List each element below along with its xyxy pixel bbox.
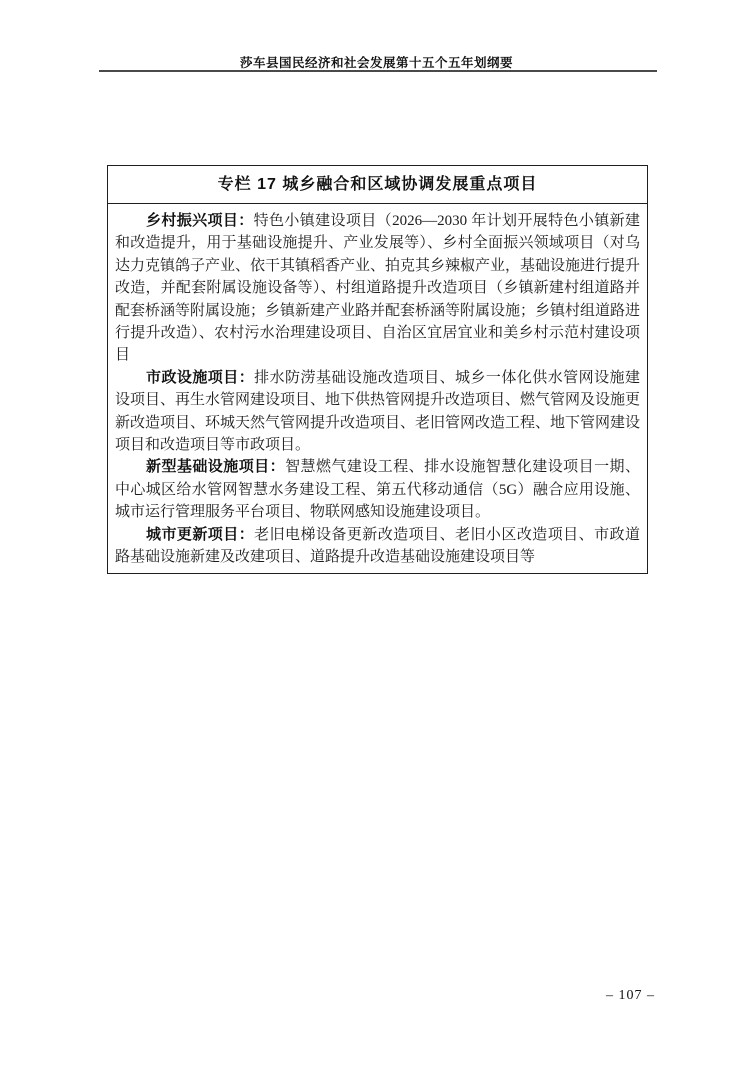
paragraph-label: 城市更新项目： (146, 526, 254, 543)
paragraph-urban-renewal: 城市更新项目：老旧电梯设备更新改造项目、老旧小区改造项目、市政道路基础设施新建及… (115, 524, 640, 569)
document-page: 莎车县国民经济和社会发展第十五个五年划纲要 专栏 17 城乡融合和区域协调发展重… (0, 0, 753, 1066)
paragraph-label: 市政设施项目： (146, 369, 254, 386)
feature-box-column-17: 专栏 17 城乡融合和区域协调发展重点项目 乡村振兴项目：特色小镇建设项目（20… (107, 165, 648, 574)
paragraph-new-infrastructure: 新型基础设施项目：智慧燃气建设工程、排水设施智慧化建设项目一期、中心城区给水管网… (115, 456, 640, 523)
paragraph-text: 特色小镇建设项目（2026—2030 年计划开展特色小镇新建和改造提升，用于基础… (115, 213, 640, 363)
paragraph-label: 乡村振兴项目： (146, 212, 254, 229)
paragraph-label: 新型基础设施项目： (146, 458, 285, 475)
document-header-title: 莎车县国民经济和社会发展第十五个五年划纲要 (0, 53, 753, 71)
feature-box-body: 乡村振兴项目：特色小镇建设项目（2026—2030 年计划开展特色小镇新建和改造… (108, 204, 647, 569)
page-number: – 107 – (606, 988, 655, 1004)
paragraph-rural-revitalization: 乡村振兴项目：特色小镇建设项目（2026—2030 年计划开展特色小镇新建和改造… (115, 210, 640, 367)
feature-box-title: 专栏 17 城乡融合和区域协调发展重点项目 (108, 166, 647, 204)
paragraph-municipal-facilities: 市政设施项目：排水防涝基础设施改造项目、城乡一体化供水管网设施建设项目、再生水管… (115, 367, 640, 457)
header-divider-line (99, 70, 657, 72)
